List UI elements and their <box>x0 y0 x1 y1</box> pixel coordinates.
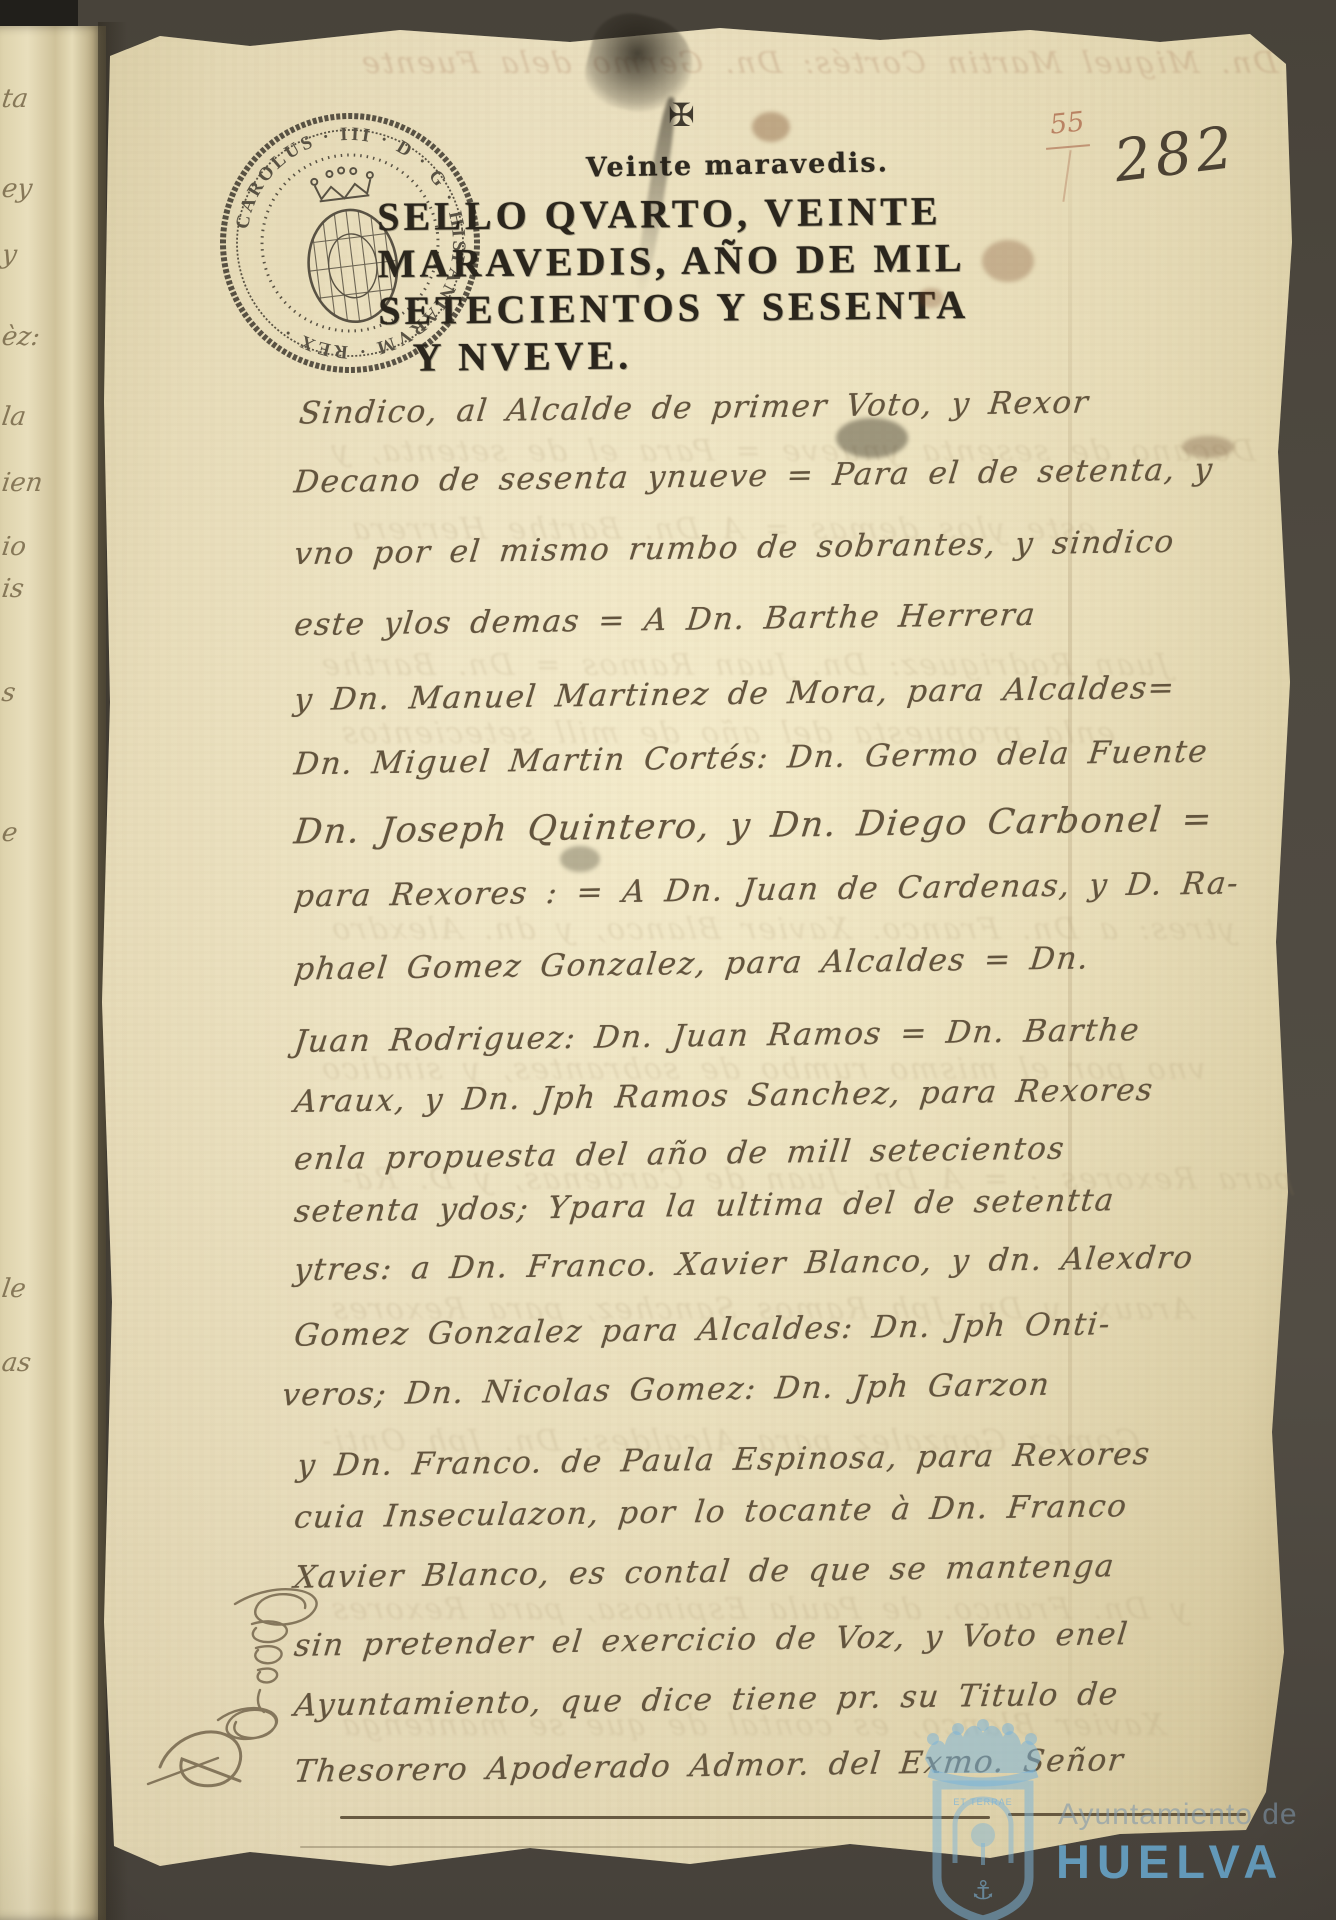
tax-stamp-title: SELLO QVARTO, VEINTE MARAVEDIS, AÑO DE M… <box>377 187 970 381</box>
tax-stamp-title-line: Y NVEVE. <box>413 328 970 381</box>
tax-stamp-title-line: SETECIENTOS Y SESENTA <box>378 281 969 334</box>
watermark-text-line1: Ayuntamiento de <box>1058 1798 1298 1832</box>
bleedthrough-line: Dn. Miguel Martin Cortés: Dn. Germo dela… <box>358 46 1280 81</box>
tax-stamp-title-line: SELLO QVARTO, VEINTE <box>377 187 968 240</box>
margin-fragment: is <box>0 574 26 604</box>
margin-fragment: èz: <box>0 322 42 352</box>
margin-fragment: la <box>0 402 28 432</box>
bleedthrough-line: ytres: a Dn. Franco. Xavier Blanco, y dn… <box>328 912 1238 947</box>
stain <box>1182 436 1234 458</box>
margin-fragment: s <box>0 678 17 708</box>
stain <box>752 112 790 142</box>
margin-fragment: le <box>0 1274 28 1304</box>
stain <box>918 288 944 308</box>
stain <box>836 418 908 458</box>
watermark-anchor-icon: ⚓ <box>971 1876 994 1906</box>
closing-rule-faint <box>300 1846 860 1848</box>
margin-fragment: ien <box>0 468 45 498</box>
watermark-text-line2: HUELVA <box>1056 1834 1284 1889</box>
svg-text:ET TERRAE: ET TERRAE <box>953 1797 1012 1807</box>
margin-fragment: ta <box>0 84 30 114</box>
tax-stamp-denomination: Veinte maravedis. <box>586 147 889 183</box>
margin-fragment: io <box>0 532 28 562</box>
archive-photo: ta ey y èz: la ien io is s e le as Dn. M… <box>0 0 1336 1920</box>
folio-number-pencil: 55 <box>1048 106 1085 140</box>
tax-stamp-title-line: MARAVEDIS, AÑO DE MIL <box>378 234 969 287</box>
rubric-flourish <box>140 1552 370 1802</box>
margin-fragment: e <box>0 818 19 848</box>
margin-fragment: y <box>0 240 19 270</box>
previous-page-edge: ta ey y èz: la ien io is s e le as <box>0 26 106 1920</box>
margin-fragment: ey <box>0 174 34 204</box>
margin-fragment: as <box>0 1348 33 1378</box>
seal-crown-icon <box>310 164 375 202</box>
stain <box>560 846 600 872</box>
stain <box>982 240 1034 282</box>
watermark-crest-icon: ET TERRAE ⚓ <box>925 1719 1041 1920</box>
